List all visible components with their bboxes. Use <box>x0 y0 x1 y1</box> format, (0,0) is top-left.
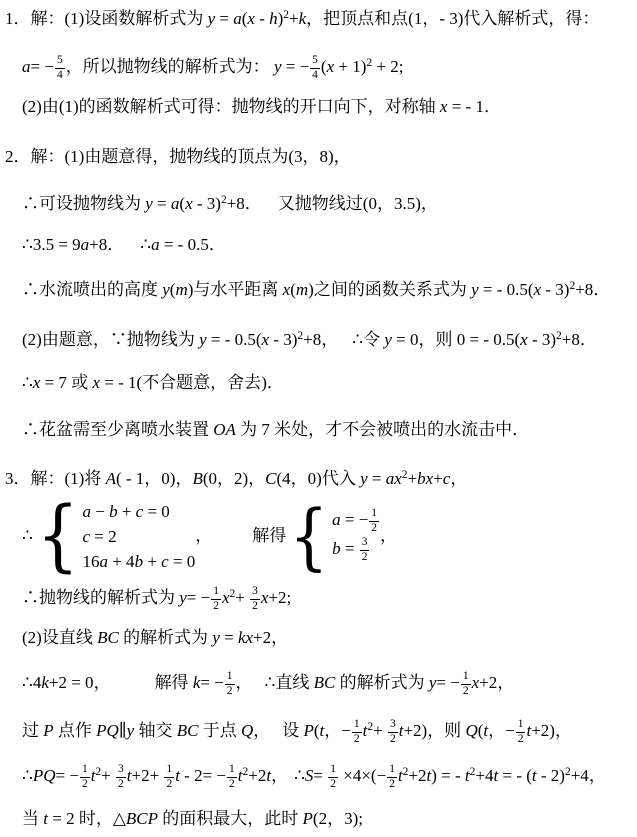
equation-row: 16a + 4b + c = 0 <box>82 549 195 574</box>
fraction-numerator: 3 <box>116 763 126 778</box>
chinese-text: 2．解：(1)由题意得，抛物线的顶点为 <box>5 147 288 166</box>
chinese-text: 或 <box>71 373 88 392</box>
math-roman-text: (2，3); <box>313 809 363 828</box>
math-italic-text: x <box>534 280 542 299</box>
math-roman-text: = - 0.5( <box>207 330 262 349</box>
equation-row: a = −12 <box>332 507 380 536</box>
math-roman-text: = <box>215 9 233 28</box>
chinese-text: ． <box>107 235 124 254</box>
chinese-text: 为 <box>240 420 257 439</box>
fraction-denominator: 2 <box>360 551 370 565</box>
math-roman-text: 3.5 = 9 <box>33 235 81 254</box>
math-italic-text: PQ <box>96 721 119 740</box>
math-roman-text: - 3) <box>193 194 221 213</box>
fraction: 12 <box>352 718 362 747</box>
document-page: 1．解：(1)设函数解析式为 y = a(x - h)2+k，把顶点和点(1，-… <box>0 0 637 837</box>
chinese-text: ， <box>589 766 606 785</box>
fraction-numerator: 1 <box>352 718 362 733</box>
fraction: 12 <box>227 763 237 792</box>
math-italic-text: b <box>332 539 341 558</box>
math-italic-text: b <box>135 552 144 571</box>
math-italic-text: C <box>265 469 276 488</box>
fraction-denominator: 2 <box>227 778 237 792</box>
math-roman-text: - 3) <box>541 280 569 299</box>
math-italic-text: x <box>262 330 270 349</box>
fraction-numerator: 3 <box>388 718 398 733</box>
fraction-numerator: 1 <box>328 763 338 778</box>
chinese-text: ． <box>245 194 262 213</box>
math-roman-text: (3，8) <box>288 147 333 166</box>
math-roman-text: = - 1( <box>100 373 142 392</box>
math-italic-text: x <box>327 57 335 76</box>
fraction-numerator: 1 <box>227 763 237 778</box>
chinese-text: ∴ <box>22 373 33 392</box>
chinese-text: 设 <box>282 721 299 740</box>
chinese-text: ， <box>271 766 288 785</box>
math-roman-text: 7 <box>257 420 274 439</box>
fraction-numerator: 3 <box>250 585 260 600</box>
math-italic-text: y <box>179 588 187 607</box>
math-italic-text: c <box>161 552 169 571</box>
math-italic-text: y <box>208 9 216 28</box>
problem2-part1-form: ∴可设抛物线为 y = a(x - 3)2+8．又抛物线过(0，3.5)， <box>22 192 438 216</box>
fraction-numerator: 1 <box>369 507 379 522</box>
fraction-denominator: 2 <box>369 522 379 536</box>
fraction-numerator: 3 <box>360 536 370 551</box>
math-roman-text: = 2 <box>90 527 117 546</box>
math-roman-text: = <box>313 766 327 785</box>
chinese-text: 时， <box>79 809 113 828</box>
fraction: 32 <box>360 536 370 565</box>
problem1-part2: (2)由(1)的函数解析式可得：抛物线的开口向下，对称轴 x = - 1． <box>22 95 501 119</box>
equation-row: a − b + c = 0 <box>82 499 195 524</box>
chinese-text: 解得 <box>155 673 189 692</box>
math-roman-text: = 0 <box>392 330 419 349</box>
chinese-text: ，则 <box>427 721 461 740</box>
math-roman-text: + 1) <box>334 57 366 76</box>
math-roman-text: - <box>255 9 269 28</box>
math-italic-text: y <box>162 280 170 299</box>
math-roman-text: - 3) <box>528 330 556 349</box>
chinese-text: 过 <box>22 721 39 740</box>
fraction-numerator: 1 <box>516 718 526 733</box>
fraction: 12 <box>461 670 471 699</box>
fraction-denominator: 2 <box>328 778 338 792</box>
math-roman-text: 0 = - 0.5( <box>452 330 520 349</box>
fraction-denominator: 2 <box>352 733 362 747</box>
math-italic-text: ax <box>386 469 402 488</box>
chinese-text: 不合题意，舍去 <box>142 373 261 392</box>
math-italic-text: y <box>199 330 207 349</box>
math-roman-text: = <box>220 628 238 647</box>
math-roman-text: +8 <box>303 330 321 349</box>
fraction: 32 <box>388 718 398 747</box>
chinese-text: ∴令 <box>352 330 380 349</box>
left-brace-icon: { <box>37 497 79 575</box>
problem2-part1-vertex: 2．解：(1)由题意得，抛物线的顶点为(3，8)， <box>5 145 351 169</box>
math-roman-text: = - 0.5 <box>160 235 209 254</box>
chinese-text: 代入解析式，得： <box>463 9 599 28</box>
chinese-text: 1．解：(1)设函数解析式为 <box>5 9 203 28</box>
math-italic-text: y <box>145 194 153 213</box>
system-rows: a − b + c = 0c = 216a + 4b + c = 0 <box>82 499 195 574</box>
math-italic-text: BCP <box>126 809 158 828</box>
chinese-text: ， <box>380 523 397 549</box>
chinese-text: ， <box>94 673 111 692</box>
fraction-numerator: 1 <box>225 670 235 685</box>
chinese-text: ， <box>271 628 288 647</box>
chinese-text: (2)设直线 <box>22 628 93 647</box>
math-roman-text: +8 <box>89 235 107 254</box>
chinese-text: ∴ <box>22 673 33 692</box>
chinese-text: ， <box>253 721 270 740</box>
equation-row: c = 2 <box>82 524 195 549</box>
math-roman-text: = − <box>31 57 54 76</box>
math-roman-text: +8 <box>562 330 580 349</box>
problem1-part1-setup: 1．解：(1)设函数解析式为 y = a(x - h)2+k，把顶点和点(1，-… <box>5 7 599 31</box>
chinese-text: ， <box>555 721 572 740</box>
chinese-text: 与水平距离 <box>193 280 278 299</box>
fraction: 12 <box>164 763 174 792</box>
math-roman-text: = 0 <box>143 502 170 521</box>
math-roman-text: = − <box>56 766 79 785</box>
equation-row: b = 32 <box>332 536 380 565</box>
math-italic-text: a <box>151 235 160 254</box>
math-roman-text: + <box>289 9 299 28</box>
chinese-text: ， <box>321 330 338 349</box>
fraction-denominator: 2 <box>225 685 235 699</box>
problem3-part1-setup: 3．解：(1)将 A( - 1，0)，B(0，2)，C(4，0)代入 y = a… <box>5 467 467 491</box>
chinese-text: ∴水流喷出的高度 <box>22 280 158 299</box>
math-italic-text: h <box>269 9 278 28</box>
math-italic-text: Q <box>241 721 253 740</box>
chinese-text: ． <box>267 373 284 392</box>
math-roman-text: - 2) <box>537 766 565 785</box>
fraction-numerator: 1 <box>461 670 471 685</box>
math-roman-text: +2 <box>248 766 266 785</box>
fraction-denominator: 2 <box>516 733 526 747</box>
math-roman-text: = - 0.5( <box>479 280 534 299</box>
fraction-numerator: 1 <box>80 763 90 778</box>
math-roman-text: ∥ <box>119 721 127 740</box>
fraction: 12 <box>516 718 526 747</box>
math-italic-text: y <box>360 469 368 488</box>
math-roman-text: + <box>118 502 136 521</box>
chinese-text: ，则 <box>418 330 452 349</box>
fraction-denominator: 2 <box>461 685 471 699</box>
math-roman-text: +4 <box>571 766 589 785</box>
math-roman-text: = <box>341 539 359 558</box>
math-italic-text: x <box>92 373 100 392</box>
math-roman-text: = − <box>341 511 369 530</box>
math-roman-text: (0，3.5) <box>363 194 421 213</box>
fraction: 32 <box>250 585 260 614</box>
math-roman-text: + 4 <box>108 552 135 571</box>
math-roman-text: − <box>91 502 109 521</box>
math-roman-text: ，− <box>324 721 351 740</box>
math-roman-text: ×4×(− <box>339 766 386 785</box>
math-roman-text: +2 <box>253 628 271 647</box>
math-roman-text: + <box>408 469 418 488</box>
math-roman-text: +2 <box>479 673 497 692</box>
math-italic-text: y <box>384 330 392 349</box>
chinese-text: ，所以抛物线的解析式为： <box>66 57 270 76</box>
chinese-text: ． <box>484 97 501 116</box>
math-roman-text: = − <box>281 57 309 76</box>
math-italic-text: x <box>185 194 193 213</box>
problem2-part2-setup: (2)由题意，∵抛物线为 y = - 0.5(x - 3)2+8，∴令 y = … <box>22 328 597 352</box>
chinese-text: 代入 <box>322 469 356 488</box>
math-roman-text: +2) <box>403 721 427 740</box>
math-italic-text: BC <box>97 628 119 647</box>
fraction: 12 <box>328 763 338 792</box>
chinese-text: 解得 <box>252 523 286 549</box>
chinese-text: (2)由(1)的函数解析式可得：抛物线的开口向下，对称轴 <box>22 97 436 116</box>
fraction: 54 <box>310 54 320 83</box>
fraction: 32 <box>116 763 126 792</box>
math-roman-text: 16 <box>82 552 99 571</box>
math-roman-text: +2 <box>408 766 426 785</box>
math-roman-text: +2) <box>531 721 555 740</box>
math-roman-text: = 2 <box>48 809 79 828</box>
system-rows: a = −12b = 32 <box>332 507 380 564</box>
math-italic-text: PQ <box>33 766 56 785</box>
math-italic-text: BC <box>314 673 336 692</box>
math-roman-text: +2; <box>268 588 291 607</box>
chinese-text: ∴直线 <box>265 673 310 692</box>
problem2-part1-conclusion: ∴水流喷出的高度 y(m)与水平距离 x(m)之间的函数关系式为 y = - 0… <box>22 278 610 302</box>
fraction-numerator: 1 <box>211 585 221 600</box>
chinese-text: ∴可设抛物线为 <box>22 194 141 213</box>
equation-system: {a = −12b = 32 <box>286 500 380 572</box>
math-roman-text: ，− <box>488 721 515 740</box>
math-italic-text: b <box>109 502 118 521</box>
problem3-part2-points-pq: 过 P 点作 PQ∥y 轴交 BC 于点 Q，设 P(t，−12t2+ 32t+… <box>22 718 572 747</box>
math-italic-text: P <box>303 809 313 828</box>
math-roman-text: - 2= − <box>180 766 226 785</box>
math-roman-text: + <box>143 552 161 571</box>
chinese-text: 之间的函数关系式为 <box>314 280 467 299</box>
math-roman-text: +8 <box>227 194 245 213</box>
chinese-text: 的解析式为 <box>123 628 208 647</box>
chinese-text: ∴ <box>22 235 33 254</box>
math-italic-text: BC <box>177 721 199 740</box>
chinese-text: ∴抛物线的解析式为 <box>22 588 175 607</box>
math-italic-text: x <box>222 588 230 607</box>
math-italic-text: a <box>82 502 91 521</box>
chinese-text: ∴ <box>22 766 33 785</box>
math-roman-text: +2 = 0 <box>49 673 94 692</box>
fraction: 12 <box>387 763 397 792</box>
math-italic-text: bx <box>417 469 433 488</box>
problem2-part1-solve-a: ∴3.5 = 9a+8．∴a = - 0.5． <box>22 233 226 257</box>
chinese-text: ， <box>450 469 467 488</box>
fraction-numerator: 5 <box>55 54 65 69</box>
problem1-part1-result: a= −54，所以抛物线的解析式为： y = −54(x + 1)2 + 2; <box>22 54 403 83</box>
math-italic-text: x <box>520 330 528 349</box>
chinese-text: ，把顶点和点 <box>306 9 408 28</box>
math-roman-text: = 0 <box>169 552 196 571</box>
math-roman-text: + <box>235 588 249 607</box>
fraction: 12 <box>225 670 235 699</box>
math-italic-text: a <box>233 9 242 28</box>
problem3-part2-solve-k: ∴4k+2 = 0，解得 k= −12，∴直线 BC 的解析式为 y= −12x… <box>22 670 514 699</box>
math-roman-text: + <box>101 766 115 785</box>
math-italic-text: a <box>81 235 90 254</box>
math-italic-text: P <box>303 721 313 740</box>
fraction-denominator: 2 <box>250 600 260 614</box>
math-roman-text: (1，- 3) <box>408 9 463 28</box>
math-italic-text: c <box>82 527 90 546</box>
math-roman-text: - 3) <box>269 330 297 349</box>
math-italic-text: P <box>43 721 53 740</box>
fraction-denominator: 2 <box>164 778 174 792</box>
chinese-text: ． <box>593 280 610 299</box>
math-roman-text: +4 <box>475 766 493 785</box>
fraction-numerator: 1 <box>164 763 174 778</box>
math-italic-text: kx <box>238 628 253 647</box>
math-italic-text: x <box>247 9 255 28</box>
chinese-text: ． <box>580 330 597 349</box>
math-roman-text: = − <box>187 588 210 607</box>
math-italic-text: a <box>99 552 108 571</box>
chinese-text: 于点 <box>203 721 237 740</box>
chinese-text: 又抛物线过 <box>278 194 363 213</box>
chinese-text: ． <box>209 235 226 254</box>
math-italic-text: OA <box>213 420 236 439</box>
problem2-part2-conclusion: ∴花盆需至少离喷水装置 OA 为 7 米处，才不会被喷出的水流击中． <box>22 418 529 442</box>
chinese-text: ， <box>497 673 514 692</box>
math-italic-text: y <box>212 628 220 647</box>
math-italic-text: k <box>41 673 49 692</box>
fraction-denominator: 2 <box>388 733 398 747</box>
equation-system: {a − b + c = 0c = 216a + 4b + c = 0 <box>33 497 195 575</box>
fraction-denominator: 2 <box>387 778 397 792</box>
chinese-text: ， <box>236 673 253 692</box>
math-roman-text: + <box>373 721 387 740</box>
chinese-text: ， <box>421 194 438 213</box>
fraction-denominator: 2 <box>116 778 126 792</box>
chinese-text: △ <box>113 809 126 828</box>
left-brace-icon: { <box>290 500 329 572</box>
math-roman-text: +2+ <box>132 766 164 785</box>
math-roman-text: = <box>368 469 386 488</box>
math-italic-text: Q <box>465 721 477 740</box>
math-italic-text: a <box>22 57 31 76</box>
fraction-denominator: 4 <box>55 69 65 83</box>
fraction: 12 <box>211 585 221 614</box>
math-roman-text: (0，2)， <box>203 469 265 488</box>
problem3-part2-area: ∴PQ= −12t2+ 32t+2+ 12t - 2= −12t2+2t，∴S=… <box>22 763 606 792</box>
problem3-part2-conclusion: 当 t = 2 时，△BCP 的面积最大，此时 P(2，3); <box>22 807 363 831</box>
math-roman-text: = 7 <box>40 373 71 392</box>
fraction: 54 <box>55 54 65 83</box>
fraction-denominator: 4 <box>310 69 320 83</box>
problem3-part1-system: ∴{a − b + c = 0c = 216a + 4b + c = 0，解得{… <box>22 497 397 575</box>
chinese-text: 的解析式为 <box>340 673 425 692</box>
math-roman-text: + <box>433 469 443 488</box>
math-roman-text: ) = - <box>431 766 465 785</box>
math-roman-text: + 2; <box>372 57 403 76</box>
problem2-part2-roots: ∴x = 7 或 x = - 1(不合题意，舍去)． <box>22 371 284 395</box>
fraction-denominator: 2 <box>211 600 221 614</box>
math-roman-text: +8 <box>575 280 593 299</box>
chinese-text: ∴ <box>294 766 305 785</box>
chinese-text: 点作 <box>58 721 92 740</box>
math-roman-text: ( - 1，0)， <box>116 469 192 488</box>
fraction: 12 <box>80 763 90 792</box>
chinese-text: ， <box>195 523 212 549</box>
problem3-part1-result: ∴抛物线的解析式为 y= −12x2+ 32x+2; <box>22 585 291 614</box>
math-roman-text: = <box>153 194 171 213</box>
fraction-denominator: 2 <box>80 778 90 792</box>
math-italic-text: x <box>472 673 480 692</box>
math-roman-text: = − <box>436 673 459 692</box>
chinese-text: (2)由题意，∵抛物线为 <box>22 330 195 349</box>
math-italic-text: m <box>175 280 187 299</box>
math-italic-text: A <box>106 469 116 488</box>
math-italic-text: B <box>192 469 202 488</box>
fraction-numerator: 5 <box>310 54 320 69</box>
chinese-text: ∴花盆需至少离喷水装置 <box>22 420 209 439</box>
chinese-text: ∴ <box>22 523 33 549</box>
chinese-text: ， <box>334 147 351 166</box>
math-italic-text: y <box>471 280 479 299</box>
problem3-part2-line-setup: (2)设直线 BC 的解析式为 y = kx+2， <box>22 626 288 650</box>
chinese-text: 当 <box>22 809 39 828</box>
chinese-text: 轴交 <box>138 721 172 740</box>
chinese-text: 的面积最大，此时 <box>162 809 298 828</box>
math-roman-text: = - ( <box>498 766 532 785</box>
chinese-text: ∴ <box>140 235 151 254</box>
fraction: 12 <box>369 507 379 536</box>
math-italic-text: m <box>296 280 308 299</box>
math-roman-text: = - 1 <box>447 97 484 116</box>
fraction-numerator: 1 <box>387 763 397 778</box>
chinese-text: 米处，才不会被喷出的水流击中． <box>274 420 529 439</box>
chinese-text: 3．解：(1)将 <box>5 469 101 488</box>
math-italic-text: a <box>332 511 341 530</box>
math-roman-text: = − <box>200 673 223 692</box>
math-roman-text: (4，0) <box>277 469 322 488</box>
